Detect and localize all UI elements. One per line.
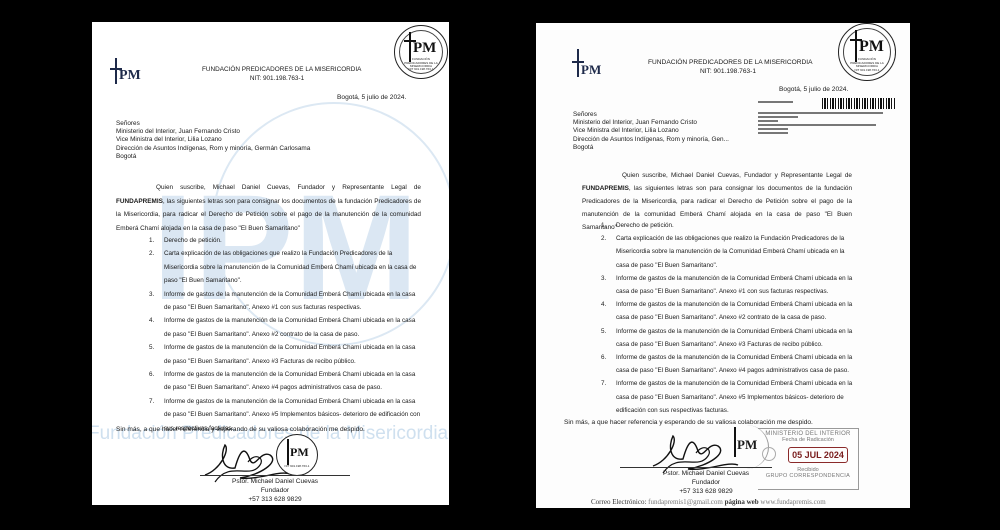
item-number: 7. — [601, 377, 606, 390]
item-text: Informe de gastos de la manutención de l… — [164, 344, 415, 364]
seal-nit: NIT 901.198.763-1 — [839, 69, 895, 73]
list-item: 3.Informe de gastos de la manutención de… — [601, 272, 853, 298]
logo-letters: PM — [119, 68, 141, 84]
colombia-shield-icon — [762, 447, 776, 461]
seal-nit: NIT 901.198.763-1 — [395, 68, 447, 72]
org-nit: NIT: 901.198.763-1 — [648, 68, 808, 76]
recipient-line: Ministerio del Interior, Juan Fernando C… — [573, 119, 729, 127]
item-text: Informe de gastos de la manutención de l… — [616, 301, 852, 321]
item-number: 5. — [149, 341, 154, 354]
email-link[interactable]: fundapremis1@gmail.com — [648, 498, 723, 506]
signer-name: Pstor. Michael Daniel Cuevas — [636, 470, 776, 478]
item-number: 1. — [601, 219, 606, 232]
date-line: Bogotá, 5 julio de 2024. — [337, 94, 406, 102]
item-text: Informe de gastos de la manutención de l… — [616, 354, 852, 374]
signature-line — [620, 467, 772, 468]
list-item: 1.Derecho de petición. — [601, 219, 853, 232]
list-item: 4.Informe de gastos de la manutención de… — [601, 298, 853, 324]
stamp-group: GRUPO CORRESPONDENCIA — [758, 473, 858, 479]
item-number: 7. — [149, 395, 154, 408]
signer-title: Fundador — [636, 479, 776, 487]
recipients-block: Señores Ministerio del Interior, Juan Fe… — [116, 120, 310, 161]
recipient-line: Ministerio del Interior, Juan Fernando C… — [116, 128, 310, 136]
recipient-line: Señores — [116, 120, 310, 128]
item-number: 6. — [149, 368, 154, 381]
seal-letters: PM — [290, 445, 309, 460]
item-text: Informe de gastos de la manutención de l… — [616, 380, 852, 413]
recipient-line: Bogotá — [573, 144, 729, 152]
seal-letters: PM — [737, 437, 757, 453]
item-text: Informe de gastos de la manutención de l… — [616, 328, 852, 348]
seal-letters: PM — [413, 40, 436, 57]
list-item: 7.Informe de gastos de la manutención de… — [601, 377, 853, 417]
list-item: 6.Informe de gastos de la manutención de… — [601, 351, 853, 377]
item-number: 6. — [601, 351, 606, 364]
ipm-logo: PM — [572, 49, 612, 79]
signer-phone: +57 313 628 9829 — [200, 496, 350, 504]
item-text: Informe de gastos de la manutención de l… — [164, 317, 415, 337]
seal-cross — [287, 439, 289, 465]
list-item: 3.Informe de gastos de la manutención de… — [149, 288, 422, 315]
item-number: 2. — [149, 247, 154, 260]
list-item: 5.Informe de gastos de la manutención de… — [601, 325, 853, 351]
web-link[interactable]: www.fundapremis.com — [760, 498, 825, 506]
org-name: FUNDACIÓN PREDICADORES DE LA MISERICORDI… — [202, 66, 352, 74]
item-number: 2. — [601, 232, 606, 245]
seal-ring-text: FUNDACIÓN PREDICADORES DE LA MISERICORDI… — [839, 58, 895, 69]
item-text: Carta explicación de las obligaciones qu… — [616, 235, 845, 268]
document-page-stamped: PM FUNDACIÓN PREDICADORES DE LA MISERICO… — [536, 23, 910, 508]
foundation-seal: PM FUNDACIÓN PREDICADORES DE LA MISERICO… — [394, 25, 448, 79]
closing-line: Sin más, a que hacer referencia y espera… — [116, 426, 365, 434]
item-text: Informe de gastos de la manutención de l… — [164, 371, 415, 391]
item-text: Carta explicación de las obligaciones qu… — [164, 250, 416, 284]
document-list: 1.Derecho de petición. 2.Carta explicaci… — [149, 234, 422, 435]
org-nit: NIT: 901.198.763-1 — [202, 75, 352, 83]
ipm-logo: PM — [110, 58, 150, 86]
item-number: 5. — [601, 325, 606, 338]
logo-letters: PM — [581, 62, 601, 78]
list-item: 2.Carta explicación de las obligaciones … — [601, 232, 853, 272]
org-acronym: FUNDAPREMIS — [116, 198, 163, 205]
document-list: 1.Derecho de petición. 2.Carta explicaci… — [601, 219, 853, 417]
web-label: página web — [725, 498, 759, 506]
recipient-line: Bogotá — [116, 153, 310, 161]
intro-text: Quien suscribe, Michael Daniel Cuevas, F… — [116, 184, 421, 232]
document-page-original: IPM Fundación Predicadores de la Miseric… — [92, 22, 449, 505]
recipient-line: Vice Ministra del Interior, Lilia Lozano — [573, 127, 729, 135]
item-text: Informe de gastos de la manutención de l… — [616, 275, 852, 295]
item-number: 3. — [149, 288, 154, 301]
signature-seal: PM NIT 901.198.763-1 — [276, 434, 318, 476]
recipient-line: Dirección de Asuntos Indígenas, Rom y mi… — [116, 145, 310, 153]
closing-line: Sin más, a que hacer referencia y espera… — [564, 419, 813, 427]
foundation-seal: PM FUNDACIÓN PREDICADORES DE LA MISERICO… — [838, 23, 896, 81]
list-item: 4.Informe de gastos de la manutención de… — [149, 314, 422, 341]
signature-line — [200, 475, 350, 476]
recipients-block: Señores Ministerio del Interior, Juan Fe… — [573, 111, 729, 152]
cross-icon — [577, 49, 579, 77]
seal-letters: PM — [859, 38, 884, 56]
email-label: Correo Electrónico: — [591, 498, 646, 506]
recipient-line: Señores — [573, 111, 729, 119]
signer-title: Fundador — [200, 487, 350, 495]
receipt-header-line — [758, 101, 793, 105]
barcode — [822, 98, 896, 109]
item-text: Informe de gastos de la manutención de l… — [164, 291, 415, 311]
stamp-date: 05 JUL 2024 — [788, 447, 848, 463]
org-name: FUNDACIÓN PREDICADORES DE LA MISERICORDI… — [648, 59, 808, 67]
intro-paragraph: Quien suscribe, Michael Daniel Cuevas, F… — [116, 181, 421, 235]
item-number: 4. — [149, 314, 154, 327]
item-text: Derecho de petición. — [616, 222, 674, 229]
footer-contact: Correo Electrónico: fundapremis1@gmail.c… — [591, 498, 826, 506]
list-item: 2.Carta explicación de las obligaciones … — [149, 247, 422, 287]
item-number: 3. — [601, 272, 606, 285]
item-number: 4. — [601, 298, 606, 311]
seal-nit: NIT 901.198.763-1 — [277, 465, 317, 469]
stamp-label: Fecha de Radicación — [758, 437, 858, 443]
filing-receipt — [758, 98, 898, 138]
org-acronym: FUNDAPREMIS — [582, 185, 629, 192]
cross-icon — [115, 58, 117, 84]
item-number: 1. — [149, 234, 154, 247]
signer-name: Pstor. Michael Daniel Cuevas — [200, 478, 350, 486]
date-line: Bogotá, 5 julio de 2024. — [779, 86, 848, 94]
signer-phone: +57 313 628 9829 — [636, 488, 776, 496]
item-text: Derecho de petición. — [164, 237, 222, 244]
recipient-line: Dirección de Asuntos Indígenas, Rom y mi… — [573, 136, 729, 144]
list-item: 6.Informe de gastos de la manutención de… — [149, 368, 422, 395]
seal-cross — [734, 427, 736, 457]
list-item: 5.Informe de gastos de la manutención de… — [149, 341, 422, 368]
list-item: 1.Derecho de petición. — [149, 234, 422, 247]
recipient-line: Vice Ministra del Interior, Lilia Lozano — [116, 136, 310, 144]
receipt-details — [758, 112, 883, 136]
